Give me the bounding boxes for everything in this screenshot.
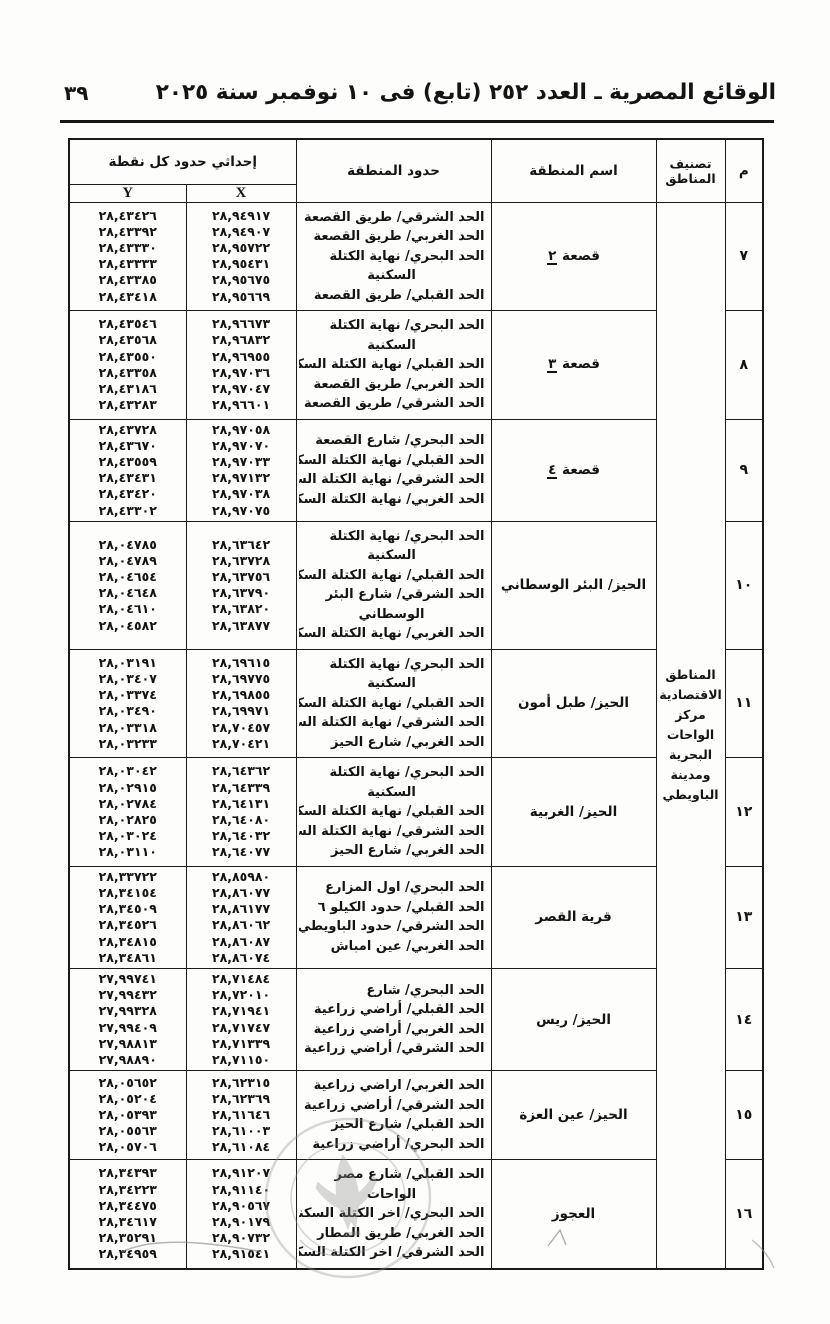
x-coordinate: ٢٨,٩٧٠٥٨ [187, 422, 296, 438]
y-coordinate: ٢٨,٠٥٥٦٣ [70, 1123, 186, 1139]
x-coordinate: ٢٨,٦٣٨٧٧ [187, 618, 296, 634]
y-coordinate: ٢٨,٤٣٥٥٠ [70, 349, 186, 365]
bound-line: الحد البحري/ اول المزارع [299, 878, 485, 898]
y-coordinate: ٢٨,٤٣٥٥٩ [70, 454, 186, 470]
zone-name: قصعة ٢ [491, 202, 656, 311]
y-coordinate: ٢٨,٣٤٣٩٣ [70, 1165, 186, 1181]
x-coordinate: ٢٨,٦١٠٨٤ [187, 1139, 296, 1155]
zone-name: قرية القصر [491, 866, 656, 968]
x-coordinates: ٢٨,٩١٢٠٧٢٨,٩١١٤٠٢٨,٩٠٥٦٧٢٨,٩٠١٧٩٢٨,٩٠٧٣٢… [186, 1160, 296, 1269]
bound-line: الحد الغربي/ شارع الحيز [299, 733, 485, 753]
y-coordinate: ٢٨,٠٤٦٤٨ [70, 585, 186, 601]
y-coordinate: ٢٨,٤٣٣٣٠ [70, 240, 186, 256]
y-coordinate: ٢٨,٤٣٤٣١ [70, 470, 186, 486]
classification-line: الاقتصادية [658, 685, 724, 705]
x-coordinate: ٢٨,٦٢٣١٥ [187, 1075, 296, 1091]
x-coordinate: ٢٨,٦٢٣٦٩ [187, 1091, 296, 1107]
x-coordinate: ٢٨,٩١١٤٠ [187, 1182, 296, 1198]
y-coordinate: ٢٨,٠٣٢٣٣ [70, 736, 186, 752]
x-coordinate: ٢٨,٦٣٧٥٦ [187, 569, 296, 585]
y-coordinate: ٢٨,٠٣١١٠ [70, 844, 186, 860]
x-coordinates: ٢٨,٦٣٦٤٢٢٨,٦٣٧٢٨٢٨,٦٣٧٥٦٢٨,٦٣٧٩٠٢٨,٦٣٨٢٠… [186, 521, 296, 649]
x-coordinate: ٢٨,٦٩٧٧٥ [187, 671, 296, 687]
x-coordinate: ٢٨,٩٧١٣٢ [187, 470, 296, 486]
y-coordinate: ٢٨,٤٣٦٧٠ [70, 438, 186, 454]
bound-line: السكنية [299, 674, 485, 694]
x-coordinates: ٢٨,٦٩٦١٥٢٨,٦٩٧٧٥٢٨,٦٩٨٥٥٢٨,٦٩٩٧١٢٨,٧٠٤٥٧… [186, 649, 296, 758]
bound-line: الحد الغربي/ نهاية الكتلة السكانية [299, 624, 485, 644]
x-coordinates: ٢٨,٨٥٩٨٠٢٨,٨٦٠٧٧٢٨,٨٦١٧٧٢٨,٨٦٠٦٢٢٨,٨٦٠٨٧… [186, 866, 296, 968]
x-coordinate: ٢٨,٩٠٥٦٧ [187, 1198, 296, 1214]
zones-table: م تصنيف المناطق اسم المنطقة حدود المنطقة… [68, 138, 764, 1270]
y-coordinates: ٢٨,٣٤٣٩٣٢٨,٣٤٢٢٣٢٨,٣٤٤٧٥٢٨,٣٤٦١٧٢٨,٣٥٢٩١… [69, 1160, 186, 1269]
x-coordinate: ٢٨,٧٠٤٢١ [187, 736, 296, 752]
y-coordinate: ٢٨,٣٤٥٢٦ [70, 917, 186, 933]
y-coordinate: ٢٨,٤٣٤١٨ [70, 289, 186, 305]
x-coordinate: ٢٨,٧١١٥٠ [187, 1052, 296, 1068]
x-coordinate: ٢٨,٦٣٧٩٠ [187, 585, 296, 601]
bound-line: الحد الغربي/ شارع الحيز [299, 841, 485, 861]
zone-name: العجوز [491, 1160, 656, 1269]
y-coordinate: ٢٨,٣٤١٥٤ [70, 885, 186, 901]
y-coordinate: ٢٨,٤٣٣٩٢ [70, 224, 186, 240]
zone-name: قصعة ٤ [491, 419, 656, 521]
x-coordinate: ٢٨,٧١٧٤٧ [187, 1020, 296, 1036]
zone-bounds: الحد البحري/ اول المزارعالحد القبلي/ حدو… [296, 866, 491, 968]
bound-line: الحد القبلي/ نهاية الكتلة السكنية [299, 694, 485, 714]
y-coordinates: ٢٨,٤٣٥٤٦٢٨,٤٣٥٦٨٢٨,٤٣٥٥٠٢٨,٤٣٣٥٨٢٨,٤٣١٨٦… [69, 311, 186, 420]
bound-line: الحد البحري/ نهاية الكتلة [299, 316, 485, 336]
bound-line: الحد البحري/ أراضي زراعية [299, 1135, 485, 1155]
x-coordinate: ٢٨,٩٥٦٦٩ [187, 289, 296, 305]
x-coordinate: ٢٨,٩٧٠٧٠ [187, 438, 296, 454]
y-coordinate: ٢٨,٠٢٧٨٤ [70, 796, 186, 812]
x-coordinates: ٢٨,٦٢٣١٥٢٨,٦٢٣٦٩٢٨,٦١٦٤٦٢٨,٦١٠٠٣٢٨,٦١٠٨٤ [186, 1071, 296, 1160]
bound-line: الحد البحري/ نهاية الكتلة [299, 527, 485, 547]
zone-bounds: الحد البحري/ نهاية الكتلةالسكنيةالحد الق… [296, 521, 491, 649]
y-coordinate: ٢٨,٣٤٤٧٥ [70, 1198, 186, 1214]
y-coordinate: ٢٨,٣٤٨١٥ [70, 934, 186, 950]
classification-line: الباويطي [658, 785, 724, 805]
bound-line: الحد البحري/ نهاية الكتلة [299, 655, 485, 675]
x-coordinate: ٢٨,٩٠٧٣٢ [187, 1230, 296, 1246]
bound-line: الحد الشرقي/ شارع البئر [299, 585, 485, 605]
x-coordinate: ٢٨,٩٦٨٣٢ [187, 332, 296, 348]
y-coordinate: ٢٨,٤٣٣٨٥ [70, 272, 186, 288]
bound-line: السكنية [299, 783, 485, 803]
y-coordinates: ٢٨,٣٣٧٢٢٢٨,٣٤١٥٤٢٨,٣٤٥٠٩٢٨,٣٤٥٢٦٢٨,٣٤٨١٥… [69, 866, 186, 968]
y-coordinate: ٢٧,٩٨٨١٣ [70, 1036, 186, 1052]
zone-classification: المناطقالاقتصاديةمركزالواحاتالبحريةومدين… [656, 202, 725, 1269]
x-coordinate: ٢٨,٩٧٠٤٧ [187, 381, 296, 397]
bound-line: الحد الغربي/ اراضي زراعية [299, 1076, 485, 1096]
bound-line: الحد الشرقي/ نهاية الكتلة السكنية [299, 470, 485, 490]
y-coordinate: ٢٨,٤٣٣٠٢ [70, 503, 186, 519]
y-coordinate: ٢٧,٩٩٣٢٨ [70, 1003, 186, 1019]
x-coordinate: ٢٨,٩٤٩١٧ [187, 208, 296, 224]
x-coordinate: ٢٨,٩٥٧٢٢ [187, 240, 296, 256]
bound-line: الحد الشرقي/ نهاية الكتلة السكنية [299, 822, 485, 842]
y-coordinate: ٢٨,٠٢٩١٥ [70, 780, 186, 796]
row-serial: ١٤ [725, 968, 763, 1070]
zone-bounds: الحد البحري/ شارعالحد القبلي/ أراضي زراع… [296, 968, 491, 1070]
col-header-x: X [186, 184, 296, 202]
x-coordinate: ٢٨,٨٦٠٧٤ [187, 950, 296, 966]
x-coordinate: ٢٨,٦١٠٠٣ [187, 1123, 296, 1139]
bound-line: الحد الشرقي/ أراضي زراعية [299, 1039, 485, 1059]
table-row: ٧المناطقالاقتصاديةمركزالواحاتالبحريةومدي… [69, 202, 763, 311]
x-coordinate: ٢٨,٦٤٠٧٧ [187, 844, 296, 860]
y-coordinate: ٢٨,٠٥٦٥٢ [70, 1075, 186, 1091]
col-header-serial: م [725, 139, 763, 203]
y-coordinate: ٢٧,٩٨٨٩٠ [70, 1052, 186, 1068]
table-header: م تصنيف المناطق اسم المنطقة حدود المنطقة… [69, 139, 763, 203]
y-coordinate: ٢٨,٠٣٠٤٢ [70, 763, 186, 779]
x-coordinate: ٢٨,٦٤٠٣٢ [187, 828, 296, 844]
x-coordinate: ٢٨,٦٩٦١٥ [187, 655, 296, 671]
bound-line: السكنية [299, 336, 485, 356]
bound-line: الحد القبلي/ نهاية الكتلة السكنية [299, 802, 485, 822]
x-coordinate: ٢٨,٧٢٠١٠ [187, 987, 296, 1003]
x-coordinate: ٢٨,٩٦٦٠١ [187, 397, 296, 413]
bound-line: الحد القبلي/ نهاية الكتلة السكنية [299, 451, 485, 471]
bound-line: الحد القبلي/ نهاية الكتلة السكنية [299, 355, 485, 375]
zone-name: الحيز/ طبل أمون [491, 649, 656, 758]
bound-line: الوسطاني [299, 605, 485, 625]
bound-line: السكنية [299, 266, 485, 286]
x-coordinate: ٢٨,٩٠١٧٩ [187, 1214, 296, 1230]
y-coordinates: ٢٨,٠٥٦٥٢٢٨,٠٥٢٠٤٢٨,٠٥٣٩٣٢٨,٠٥٥٦٣٢٨,٠٥٧٠٦ [69, 1071, 186, 1160]
x-coordinate: ٢٨,٦٩٨٥٥ [187, 687, 296, 703]
y-coordinate: ٢٨,٠٣٣٧٤ [70, 687, 186, 703]
y-coordinate: ٢٨,٠٢٨٢٥ [70, 812, 186, 828]
classification-line: مركز [658, 705, 724, 725]
bound-line: الحد البحري/ نهاية الكتلة [299, 247, 485, 267]
x-coordinate: ٢٨,٦١٦٤٦ [187, 1107, 296, 1123]
bound-line: الحد البحري/ شارع [299, 981, 485, 1001]
x-coordinate: ٢٨,٨٦٠٨٧ [187, 934, 296, 950]
x-coordinate: ٢٨,٦٤٣٣٩ [187, 780, 296, 796]
zone-bounds: الحد البحري/ نهاية الكتلةالسكنيةالحد الق… [296, 311, 491, 420]
bound-line: الحد الشرقي/ طريق القصعة [299, 208, 485, 228]
page-number: ٣٩ [60, 81, 88, 105]
bound-line: الحد الشرقي/ أراضي زراعية [299, 1096, 485, 1116]
x-coordinate: ٢٨,٩١٥٤١ [187, 1246, 296, 1262]
y-coordinate: ٢٧,٩٩٧٤١ [70, 971, 186, 987]
row-serial: ١٥ [725, 1071, 763, 1160]
x-coordinate: ٢٨,٨٥٩٨٠ [187, 869, 296, 885]
y-coordinate: ٢٨,٠٤٧٨٥ [70, 537, 186, 553]
y-coordinate: ٢٨,٠٥٧٠٦ [70, 1139, 186, 1155]
y-coordinate: ٢٨,٤٣٤٢٦ [70, 208, 186, 224]
zone-number-underlined: ٣ [547, 357, 557, 373]
y-coordinate: ٢٧,٩٩٤٣٢ [70, 987, 186, 1003]
bound-line: الحد القبلي/ طريق القصعة [299, 286, 485, 306]
gazette-title: الوقائع المصرية ـ العدد ٢٥٢ (تابع) فى ١٠… [156, 80, 776, 105]
x-coordinate: ٢٨,٩٧٠٧٥ [187, 503, 296, 519]
y-coordinate: ٢٨,٠٤٦١٠ [70, 601, 186, 617]
bound-line: الحد الغربي/ عين امباش [299, 937, 485, 957]
bound-line: الحد الغربي/ طريق القصعة [299, 227, 485, 247]
page-header: الوقائع المصرية ـ العدد ٢٥٢ (تابع) فى ١٠… [0, 0, 830, 105]
row-serial: ٩ [725, 419, 763, 521]
bound-line: السكنية [299, 546, 485, 566]
zone-name: الحيز/ الغربية [491, 758, 656, 867]
y-coordinate: ٢٨,٠٣٣١٨ [70, 720, 186, 736]
bound-line: الحد الغربي/ نهاية الكتلة السكنية [299, 490, 485, 510]
x-coordinate: ٢٨,٦٣٦٤٢ [187, 537, 296, 553]
y-coordinates: ٢٨,٤٣٧٢٨٢٨,٤٣٦٧٠٢٨,٤٣٥٥٩٢٨,٤٣٤٣١٢٨,٤٣٤٢٠… [69, 419, 186, 521]
y-coordinate: ٢٨,٤٣٥٤٦ [70, 316, 186, 332]
y-coordinate: ٢٨,٠٤٦٥٤ [70, 569, 186, 585]
zone-number-underlined: ٤ [547, 463, 557, 479]
col-header-zone-name: اسم المنطقة [491, 139, 656, 203]
x-coordinates: ٢٨,٧١٤٨٤٢٨,٧٢٠١٠٢٨,٧١٩٤١٢٨,٧١٧٤٧٢٨,٧١٣٣٩… [186, 968, 296, 1070]
y-coordinate: ٢٨,٣٥٢٩١ [70, 1230, 186, 1246]
y-coordinate: ٢٨,٤٣٣٥٨ [70, 365, 186, 381]
y-coordinate: ٢٨,٠٥٢٠٤ [70, 1091, 186, 1107]
x-coordinate: ٢٨,٩٥٤٣١ [187, 256, 296, 272]
x-coordinate: ٢٨,٦٤٣٦٢ [187, 763, 296, 779]
y-coordinate: ٢٨,٣٤٩٥٩ [70, 1246, 186, 1262]
x-coordinate: ٢٨,٩٥٦٧٥ [187, 272, 296, 288]
x-coordinate: ٢٨,٩٤٩٠٧ [187, 224, 296, 240]
col-header-classification: تصنيف المناطق [656, 139, 725, 203]
y-coordinate: ٢٨,٤٣٧٢٨ [70, 422, 186, 438]
y-coordinate: ٢٨,٠٣١٩١ [70, 655, 186, 671]
x-coordinate: ٢٨,٩٧٠٣٦ [187, 365, 296, 381]
bound-line: الحد الشرقي/ طريق القصعة [299, 394, 485, 414]
y-coordinate: ٢٨,٣٤٨٦١ [70, 950, 186, 966]
zone-bounds: الحد البحري/ نهاية الكتلةالسكنيةالحد الق… [296, 649, 491, 758]
bound-line: الحد الشرقي/ نهاية الكتلة السكنية [299, 713, 485, 733]
x-coordinate: ٢٨,٧١٤٨٤ [187, 971, 296, 987]
zone-name: الحيز/ ريس [491, 968, 656, 1070]
x-coordinate: ٢٨,٩٧٠٣٣ [187, 454, 296, 470]
x-coordinate: ٢٨,٦٩٩٧١ [187, 703, 296, 719]
x-coordinates: ٢٨,٩٧٠٥٨٢٨,٩٧٠٧٠٢٨,٩٧٠٣٣٢٨,٩٧١٣٢٢٨,٩٧٠٣٨… [186, 419, 296, 521]
bound-line: الواحات [299, 1185, 485, 1205]
y-coordinates: ٢٨,٠٣٠٤٢٢٨,٠٢٩١٥٢٨,٠٢٧٨٤٢٨,٠٢٨٢٥٢٨,٠٣٠٢٤… [69, 758, 186, 867]
x-coordinate: ٢٨,٩٦٦٧٣ [187, 316, 296, 332]
y-coordinate: ٢٨,٠٣٤٩٠ [70, 703, 186, 719]
x-coordinate: ٢٨,٩١٢٠٧ [187, 1165, 296, 1181]
bound-line: الحد القبلي/ أراضي زراعية [299, 1000, 485, 1020]
classification-line: الواحات [658, 725, 724, 745]
x-coordinates: ٢٨,٩٤٩١٧٢٨,٩٤٩٠٧٢٨,٩٥٧٢٢٢٨,٩٥٤٣١٢٨,٩٥٦٧٥… [186, 202, 296, 311]
x-coordinate: ٢٨,٦٤١٣١ [187, 796, 296, 812]
x-coordinate: ٢٨,٨٦٠٦٢ [187, 917, 296, 933]
bound-line: الحد القبلي/ شارع مصر [299, 1165, 485, 1185]
x-coordinate: ٢٨,٦٤٠٨٠ [187, 812, 296, 828]
row-serial: ١٢ [725, 758, 763, 867]
x-coordinate: ٢٨,٨٦٠٧٧ [187, 885, 296, 901]
bound-line: الحد القبلي/ شارع الحيز [299, 1115, 485, 1135]
zone-bounds: الحد الغربي/ اراضي زراعيةالحد الشرقي/ أر… [296, 1071, 491, 1160]
col-header-zone-bounds: حدود المنطقة [296, 139, 491, 203]
y-coordinate: ٢٨,٠٣٠٢٤ [70, 828, 186, 844]
zone-name: قصعة ٣ [491, 311, 656, 420]
x-coordinate: ٢٨,٩٦٩٥٥ [187, 349, 296, 365]
y-coordinate: ٢٨,٣٤٦١٧ [70, 1214, 186, 1230]
bound-line: الحد الغربي/ طريق المطار [299, 1224, 485, 1244]
y-coordinates: ٢٨,٠٤٧٨٥٢٨,٠٤٧٨٩٢٨,٠٤٦٥٤٢٨,٠٤٦٤٨٢٨,٠٤٦١٠… [69, 521, 186, 649]
y-coordinates: ٢٨,٠٣١٩١٢٨,٠٣٤٠٧٢٨,٠٣٣٧٤٢٨,٠٣٤٩٠٢٨,٠٣٣١٨… [69, 649, 186, 758]
y-coordinate: ٢٨,٤٣٥٦٨ [70, 332, 186, 348]
row-serial: ٧ [725, 202, 763, 311]
x-coordinates: ٢٨,٩٦٦٧٣٢٨,٩٦٨٣٢٢٨,٩٦٩٥٥٢٨,٩٧٠٣٦٢٨,٩٧٠٤٧… [186, 311, 296, 420]
x-coordinate: ٢٨,٦٣٨٢٠ [187, 601, 296, 617]
x-coordinate: ٢٨,٧٠٤٥٧ [187, 720, 296, 736]
row-serial: ١٠ [725, 521, 763, 649]
y-coordinate: ٢٨,٠٥٣٩٣ [70, 1107, 186, 1123]
classification-line: المناطق [658, 665, 724, 685]
bound-line: الحد البحري/ نهاية الكتلة [299, 763, 485, 783]
zone-bounds: الحد البحري/ شارع القصعةالحد القبلي/ نها… [296, 419, 491, 521]
bound-line: الحد الغربي/ طريق القصعة [299, 375, 485, 395]
row-serial: ٨ [725, 311, 763, 420]
header-divider [60, 120, 774, 123]
y-coordinate: ٢٨,٣٣٧٢٢ [70, 869, 186, 885]
row-serial: ١٣ [725, 866, 763, 968]
y-coordinates: ٢٧,٩٩٧٤١٢٧,٩٩٤٣٢٢٧,٩٩٣٢٨٢٧,٩٩٤٠٩٢٧,٩٨٨١٣… [69, 968, 186, 1070]
x-coordinate: ٢٨,٧١٩٤١ [187, 1003, 296, 1019]
y-coordinate: ٢٨,٠٣٤٠٧ [70, 671, 186, 687]
x-coordinates: ٢٨,٦٤٣٦٢٢٨,٦٤٣٣٩٢٨,٦٤١٣١٢٨,٦٤٠٨٠٢٨,٦٤٠٣٢… [186, 758, 296, 867]
col-header-y: Y [69, 184, 186, 202]
bound-line: الحد الشرقي/ حدود الباويطي [299, 917, 485, 937]
bound-line: الحد البحري/ شارع القصعة [299, 431, 485, 451]
x-coordinate: ٢٨,٨٦١٧٧ [187, 901, 296, 917]
bound-line: الحد القبلي/ حدود الكيلو ٦ [299, 898, 485, 918]
y-coordinate: ٢٧,٩٩٤٠٩ [70, 1020, 186, 1036]
zone-name: الحيز/ عين العزة [491, 1071, 656, 1160]
bound-line: الحد الغربي/ أراضي زراعية [299, 1020, 485, 1040]
y-coordinate: ٢٨,٠٤٧٨٩ [70, 553, 186, 569]
zone-name: الحيز/ البئر الوسطاني [491, 521, 656, 649]
x-coordinate: ٢٨,٦٣٧٢٨ [187, 553, 296, 569]
y-coordinate: ٢٨,٣٤٥٠٩ [70, 901, 186, 917]
bound-line: الحد الشرقي/ اخر الكتلة السكنية [299, 1243, 485, 1263]
y-coordinate: ٢٨,٤٣٢٨٣ [70, 397, 186, 413]
bound-line: الحد البحري/ اخر الكتلة السكنية [299, 1204, 485, 1224]
classification-line: البحرية [658, 745, 724, 765]
x-coordinate: ٢٨,٧١٣٣٩ [187, 1036, 296, 1052]
row-serial: ١٦ [725, 1160, 763, 1269]
zone-bounds: الحد القبلي/ شارع مصرالواحاتالحد البحري/… [296, 1160, 491, 1269]
y-coordinate: ٢٨,٣٤٢٢٣ [70, 1182, 186, 1198]
row-serial: ١١ [725, 649, 763, 758]
y-coordinate: ٢٨,٠٤٥٨٢ [70, 618, 186, 634]
classification-line: ومدينة [658, 765, 724, 785]
col-header-coordinates: إحداثي حدود كل نقطة [69, 139, 296, 185]
x-coordinate: ٢٨,٩٧٠٣٨ [187, 486, 296, 502]
y-coordinate: ٢٨,٤٣٤٢٠ [70, 486, 186, 502]
bound-line: الحد القبلي/ نهاية الكتلة السكنية [299, 566, 485, 586]
y-coordinate: ٢٨,٤٣٣٣٣ [70, 256, 186, 272]
y-coordinates: ٢٨,٤٣٤٢٦٢٨,٤٣٣٩٢٢٨,٤٣٣٣٠٢٨,٤٣٣٣٣٢٨,٤٣٣٨٥… [69, 202, 186, 311]
y-coordinate: ٢٨,٤٣١٨٦ [70, 381, 186, 397]
zone-bounds: الحد الشرقي/ طريق القصعةالحد الغربي/ طري… [296, 202, 491, 311]
zone-number-underlined: ٢ [547, 249, 557, 265]
zone-bounds: الحد البحري/ نهاية الكتلةالسكنيةالحد الق… [296, 758, 491, 867]
